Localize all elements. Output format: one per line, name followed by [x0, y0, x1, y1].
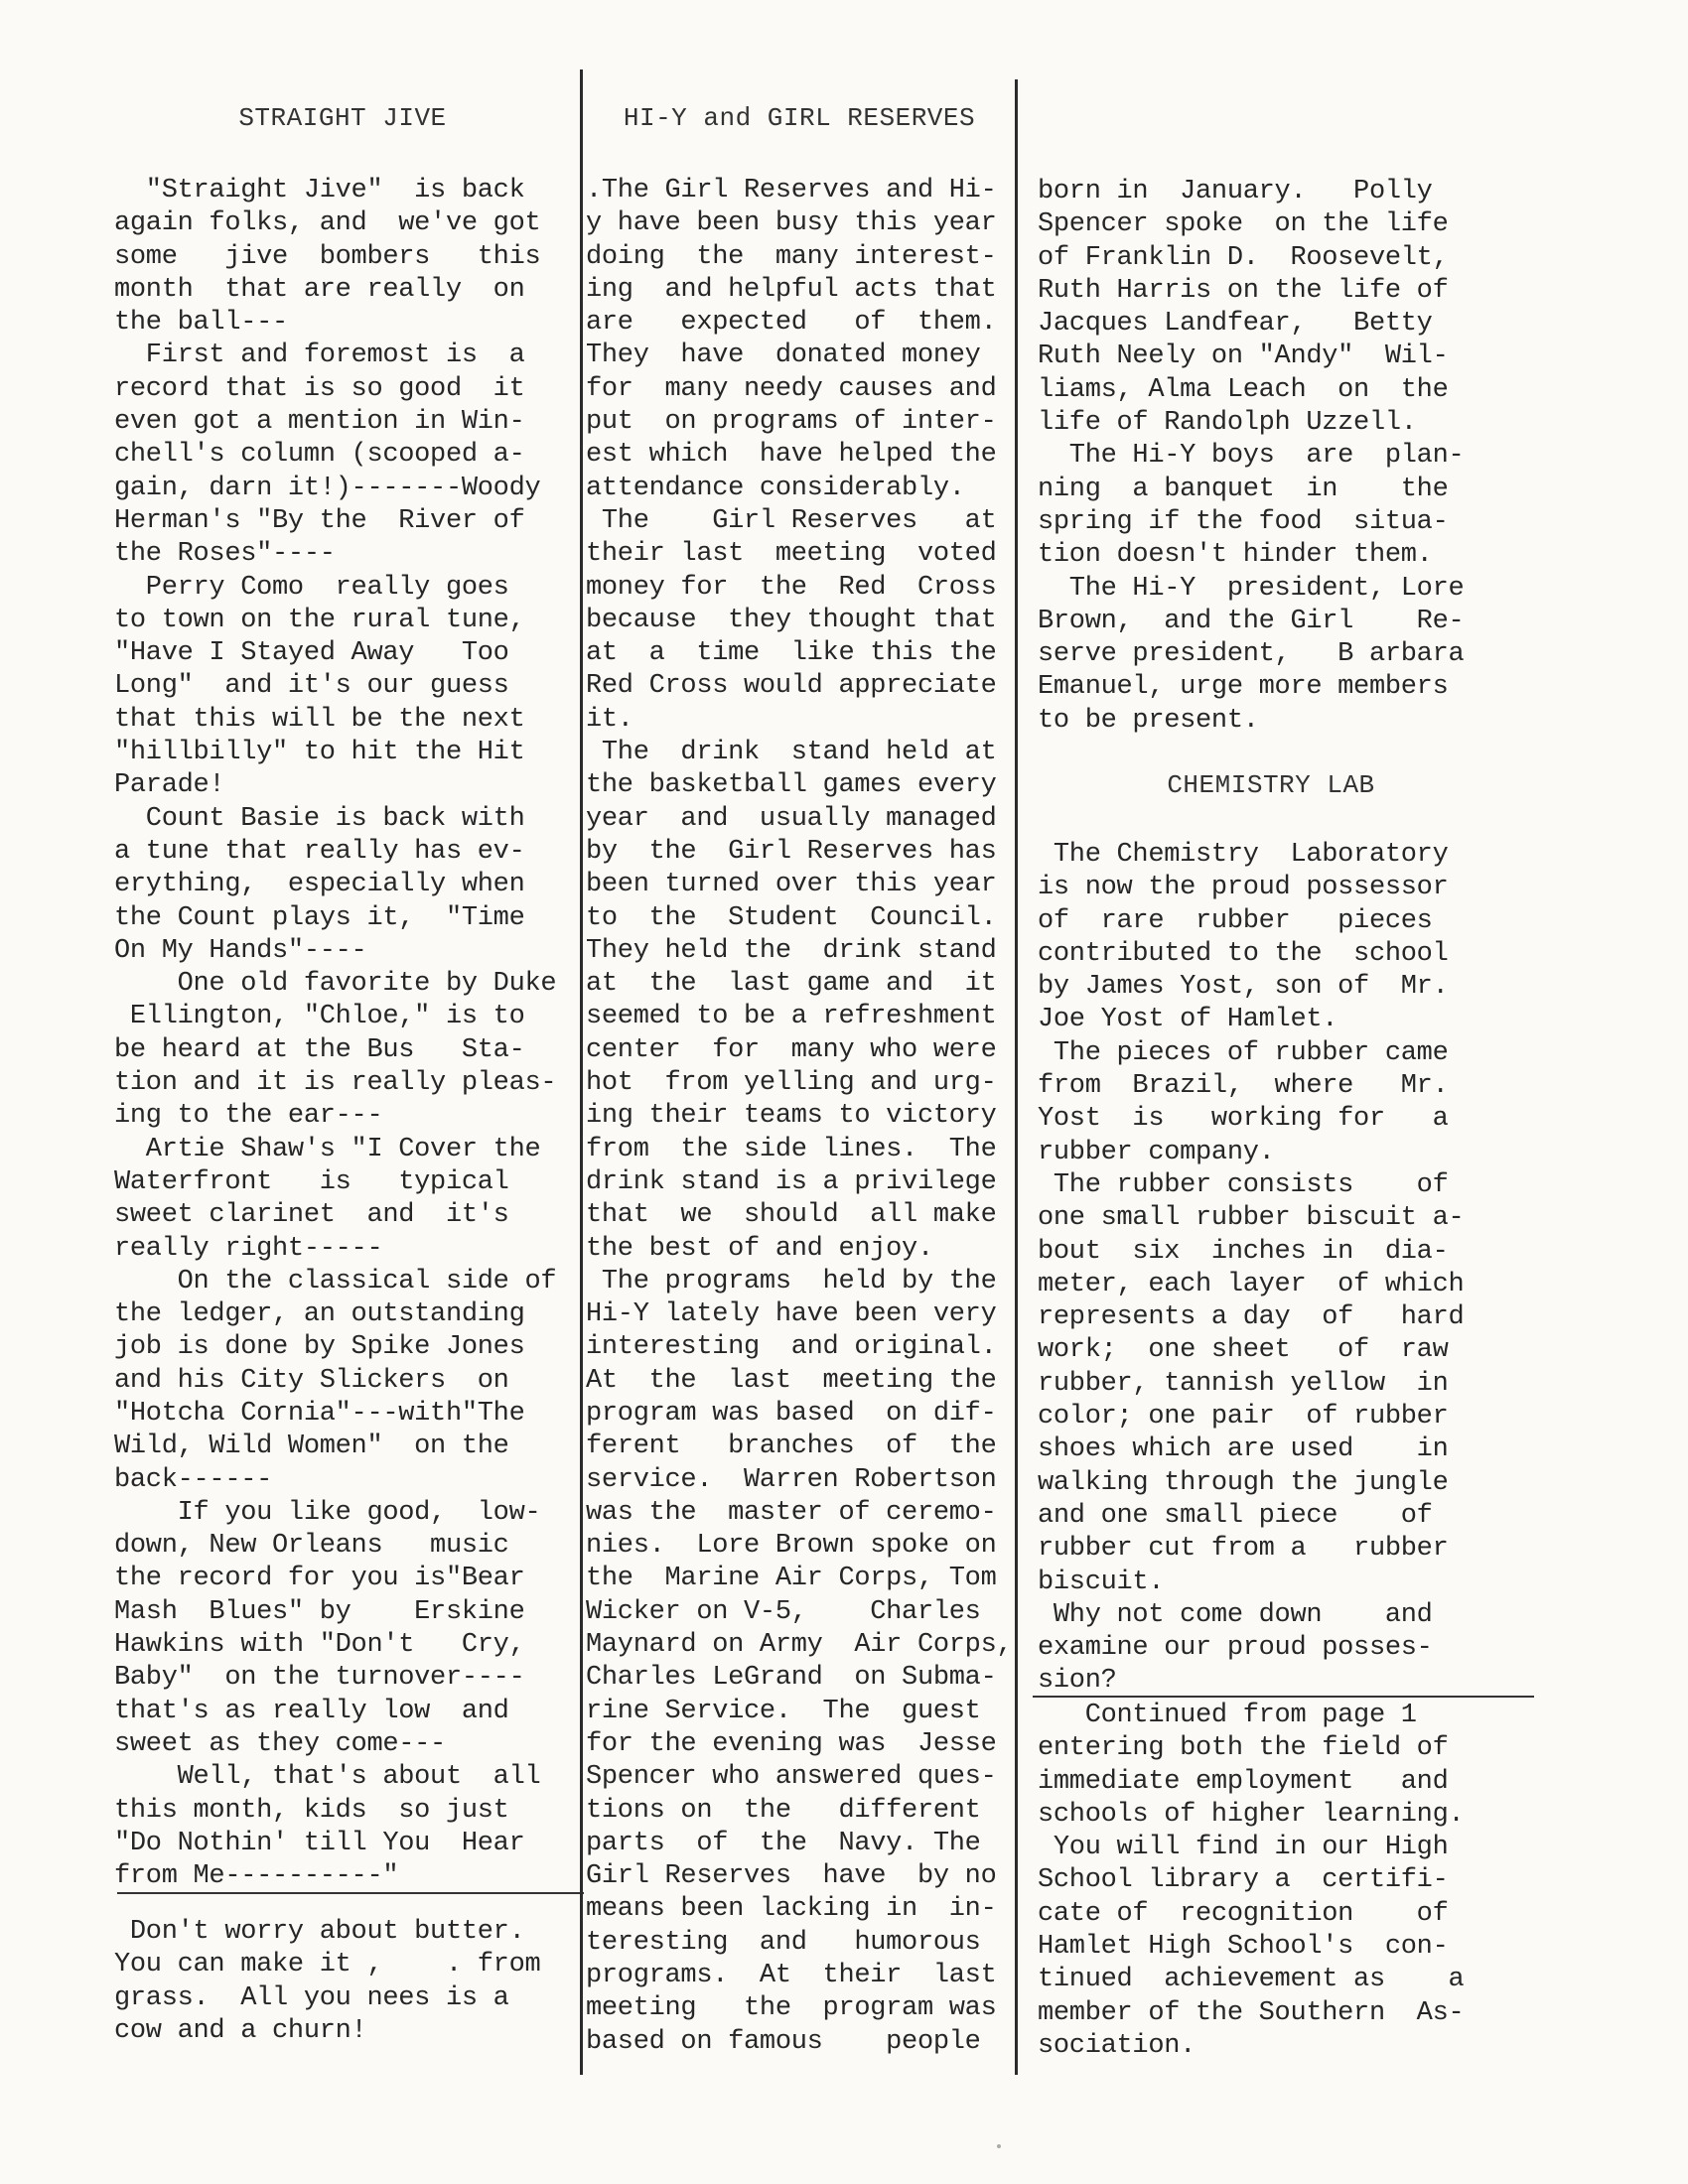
text-line: tion doesn't hinder them.: [1038, 539, 1504, 572]
text-line: biscuit.: [1038, 1567, 1504, 1599]
text-line: to town on the rural tune,: [114, 605, 571, 637]
text-line: On the classical side of: [114, 1266, 571, 1298]
article-continued-from-page-1: Continued from page 1entering both the f…: [1038, 1700, 1504, 2063]
text-line: Baby" on the turnover----: [114, 1662, 571, 1695]
text-line: program was based on dif-: [586, 1398, 1013, 1431]
text-line: Hawkins with "Don't Cry,: [114, 1629, 571, 1662]
text-line: it.: [586, 704, 1013, 737]
text-line: The Chemistry Laboratory: [1038, 839, 1504, 872]
text-line: the ball---: [114, 307, 571, 340]
text-line: walking through the jungle: [1038, 1467, 1504, 1500]
text-line: spring if the food situa-: [1038, 506, 1504, 539]
text-line: interesting and original.: [586, 1331, 1013, 1364]
text-line: chell's column (scooped a-: [114, 439, 571, 472]
text-line: service. Warren Robertson: [586, 1464, 1013, 1497]
text-line: ing and helpful acts that: [586, 274, 1013, 307]
text-line: Ellington, "Chloe," is to: [114, 1001, 571, 1033]
text-line: for many needy causes and: [586, 373, 1013, 406]
text-line: examine our proud posses-: [1038, 1632, 1504, 1665]
text-line: schools of higher learning.: [1038, 1799, 1504, 1832]
article-chemistry-lab: The Chemistry Laboratoryis now the proud…: [1038, 839, 1504, 1699]
column-divider-2: [1015, 79, 1018, 2075]
text-line: ning a banquet in the: [1038, 474, 1504, 506]
text-line: Hi-Y lately have been very: [586, 1298, 1013, 1331]
text-line: immediate employment and: [1038, 1766, 1504, 1799]
text-line: sweet as they come---: [114, 1728, 571, 1761]
text-line: that this will be the next: [114, 704, 571, 737]
text-line: at a time like this the: [586, 637, 1013, 670]
text-line: Emanuel, urge more members: [1038, 671, 1504, 704]
text-line: Why not come down and: [1038, 1599, 1504, 1632]
text-line: The rubber consists of: [1038, 1169, 1504, 1202]
text-line: some jive bombers this: [114, 241, 571, 274]
text-line: contributed to the school: [1038, 938, 1504, 971]
text-line: because they thought that: [586, 605, 1013, 637]
text-line: by James Yost, son of Mr.: [1038, 971, 1504, 1004]
text-line: tion and it is really pleas-: [114, 1067, 571, 1100]
divider-rule-butter: [117, 1892, 584, 1894]
text-line: Continued from page 1: [1038, 1700, 1504, 1732]
text-line: Jacques Landfear, Betty: [1038, 308, 1504, 341]
text-line: Ruth Neely on "Andy" Wil-: [1038, 341, 1504, 373]
text-line: bout six inches in dia-: [1038, 1236, 1504, 1269]
text-line: School library a certifi-: [1038, 1864, 1504, 1897]
text-line: to be present.: [1038, 705, 1504, 738]
article-hi-y-continued: born in January. PollySpencer spoke on t…: [1038, 176, 1504, 738]
text-line: be heard at the Bus Sta-: [114, 1034, 571, 1067]
text-line: grass. All you nees is a: [114, 1982, 571, 2015]
text-line: doing the many interest-: [586, 241, 1013, 274]
text-line: record that is so good it: [114, 373, 571, 406]
text-line: rubber cut from a rubber: [1038, 1533, 1504, 1566]
text-line: meter, each layer of which: [1038, 1269, 1504, 1301]
text-line: member of the Southern As-: [1038, 1997, 1504, 2030]
text-line: the Count plays it, "Time: [114, 902, 571, 935]
text-line: month that are really on: [114, 274, 571, 307]
text-line: Spencer who answered ques-: [586, 1761, 1013, 1794]
text-line: is now the proud possessor: [1038, 872, 1504, 904]
text-line: serve president, B arbara: [1038, 638, 1504, 671]
text-line: money for the Red Cross: [586, 572, 1013, 605]
text-line: teresting and humorous: [586, 1927, 1013, 1960]
text-line: meeting the program was: [586, 1992, 1013, 2025]
text-line: for the evening was Jesse: [586, 1728, 1013, 1761]
text-line: rubber, tannish yellow in: [1038, 1368, 1504, 1401]
text-line: At the last meeting the: [586, 1365, 1013, 1398]
text-line: "hillbilly" to hit the Hit: [114, 737, 571, 769]
text-line: been turned over this year: [586, 869, 1013, 901]
text-line: Parade!: [114, 769, 571, 802]
text-line: Joe Yost of Hamlet.: [1038, 1004, 1504, 1036]
ink-speck: [997, 2144, 1001, 2148]
text-line: year and usually managed: [586, 803, 1013, 836]
text-line: Well, that's about all: [114, 1761, 571, 1794]
text-line: down, New Orleans music: [114, 1530, 571, 1563]
text-line: from the side lines. The: [586, 1134, 1013, 1166]
text-line: hot from yelling and urg-: [586, 1067, 1013, 1100]
text-line: Red Cross would appreciate: [586, 670, 1013, 703]
text-line: The programs held by the: [586, 1266, 1013, 1298]
headline-hi-y: HI-Y and GIRL RESERVES: [586, 103, 1013, 133]
newsletter-page: STRAIGHT JIVE "Straight Jive" is backaga…: [0, 0, 1688, 2184]
text-line: and one small piece of: [1038, 1500, 1504, 1533]
text-line: Spencer spoke on the life: [1038, 208, 1504, 241]
text-line: color; one pair of rubber: [1038, 1401, 1504, 1433]
text-line: back------: [114, 1464, 571, 1497]
text-line: You will find in our High: [1038, 1832, 1504, 1864]
text-line: They held the drink stand: [586, 935, 1013, 968]
text-line: and his City Slickers on: [114, 1365, 571, 1398]
text-line: cate of recognition of: [1038, 1898, 1504, 1931]
text-line: was the master of ceremo-: [586, 1497, 1013, 1530]
text-line: You can make it , . from: [114, 1949, 571, 1981]
text-line: The pieces of rubber came: [1038, 1037, 1504, 1070]
text-line: sweet clarinet and it's: [114, 1199, 571, 1232]
text-line: a tune that really has ev-: [114, 836, 571, 869]
text-line: the Marine Air Corps, Tom: [586, 1563, 1013, 1595]
text-line: means been lacking in in-: [586, 1893, 1013, 1926]
text-line: center for many who were: [586, 1034, 1013, 1067]
text-line: cow and a churn!: [114, 2015, 571, 2048]
text-line: Wild, Wild Women" on the: [114, 1431, 571, 1463]
text-line: Hamlet High School's con-: [1038, 1931, 1504, 1964]
text-line: ing their teams to victory: [586, 1100, 1013, 1133]
text-line: sociation.: [1038, 2030, 1504, 2063]
text-line: from Me----------": [114, 1860, 571, 1893]
text-line: tinued achievement as a: [1038, 1964, 1504, 1996]
text-line: "Have I Stayed Away Too: [114, 637, 571, 670]
text-line: Don't worry about butter.: [114, 1916, 571, 1949]
text-line: The Hi-Y president, Lore: [1038, 573, 1504, 606]
text-line: ferent branches of the: [586, 1431, 1013, 1463]
text-line: the Roses"----: [114, 538, 571, 571]
text-line: Maynard on Army Air Corps,: [586, 1629, 1013, 1662]
text-line: seemed to be a refreshment: [586, 1001, 1013, 1033]
text-line: of rare rubber pieces: [1038, 905, 1504, 938]
text-line: job is done by Spike Jones: [114, 1331, 571, 1364]
text-line: Perry Como really goes: [114, 572, 571, 605]
text-line: from Brazil, where Mr.: [1038, 1070, 1504, 1103]
text-line: nies. Lore Brown spoke on: [586, 1530, 1013, 1563]
text-line: Brown, and the Girl Re-: [1038, 606, 1504, 638]
text-line: their last meeting voted: [586, 538, 1013, 571]
text-line: They have donated money: [586, 340, 1013, 372]
text-line: one small rubber biscuit a-: [1038, 1202, 1504, 1235]
text-line: Long" and it's our guess: [114, 670, 571, 703]
note-butter: Don't worry about butter.You can make it…: [114, 1916, 571, 2048]
text-line: tions on the different: [586, 1795, 1013, 1828]
text-line: y have been busy this year: [586, 207, 1013, 240]
text-line: Herman's "By the River of: [114, 505, 571, 538]
text-line: even got a mention in Win-: [114, 406, 571, 439]
text-line: to the Student Council.: [586, 902, 1013, 935]
text-line: Charles LeGrand on Subma-: [586, 1662, 1013, 1695]
text-line: the best of and enjoy.: [586, 1233, 1013, 1266]
headline-chemistry-lab: CHEMISTRY LAB: [1038, 770, 1504, 800]
text-line: are expected of them.: [586, 307, 1013, 340]
divider-rule-continued: [1033, 1696, 1534, 1698]
text-line: work; one sheet of raw: [1038, 1334, 1504, 1367]
text-line: life of Randolph Uzzell.: [1038, 407, 1504, 440]
text-line: shoes which are used in: [1038, 1433, 1504, 1466]
column-divider-1: [580, 69, 583, 2075]
text-line: Mash Blues" by Erskine: [114, 1596, 571, 1629]
text-line: programs. At their last: [586, 1960, 1013, 1992]
text-line: gain, darn it!)-------Woody: [114, 473, 571, 505]
text-line: "Straight Jive" is back: [114, 175, 571, 207]
text-line: rubber company.: [1038, 1137, 1504, 1169]
text-line: Waterfront is typical: [114, 1166, 571, 1199]
text-line: Artie Shaw's "I Cover the: [114, 1134, 571, 1166]
text-line: est which have helped the: [586, 439, 1013, 472]
text-line: "Do Nothin' till You Hear: [114, 1828, 571, 1860]
text-line: Wicker on V-5, Charles: [586, 1596, 1013, 1629]
text-line: rine Service. The guest: [586, 1696, 1013, 1728]
text-line: again folks, and we've got: [114, 207, 571, 240]
text-line: First and foremost is a: [114, 340, 571, 372]
text-line: the basketball games every: [586, 769, 1013, 802]
text-line: One old favorite by Duke: [114, 968, 571, 1001]
text-line: attendance considerably.: [586, 473, 1013, 505]
text-line: drink stand is a privilege: [586, 1166, 1013, 1199]
text-line: sion?: [1038, 1665, 1504, 1698]
text-line: entering both the field of: [1038, 1732, 1504, 1765]
text-line: Yost is working for a: [1038, 1103, 1504, 1136]
text-line: erything, especially when: [114, 869, 571, 901]
text-line: The Hi-Y boys are plan-: [1038, 440, 1504, 473]
article-hi-y: .The Girl Reserves and Hi-y have been bu…: [586, 175, 1013, 2059]
text-line: this month, kids so just: [114, 1795, 571, 1828]
text-line: ing to the ear---: [114, 1100, 571, 1133]
text-line: that's as really low and: [114, 1696, 571, 1728]
text-line: Girl Reserves have by no: [586, 1860, 1013, 1893]
article-straight-jive: "Straight Jive" is backagain folks, and …: [114, 175, 571, 1893]
text-line: based on famous people: [586, 2026, 1013, 2059]
text-line: that we should all make: [586, 1199, 1013, 1232]
text-line: .The Girl Reserves and Hi-: [586, 175, 1013, 207]
text-line: On My Hands"----: [114, 935, 571, 968]
text-line: parts of the Navy. The: [586, 1828, 1013, 1860]
text-line: The Girl Reserves at: [586, 505, 1013, 538]
text-line: of Franklin D. Roosevelt,: [1038, 242, 1504, 275]
text-line: represents a day of hard: [1038, 1301, 1504, 1334]
text-line: really right-----: [114, 1233, 571, 1266]
text-line: Count Basie is back with: [114, 803, 571, 836]
text-line: liams, Alma Leach on the: [1038, 374, 1504, 407]
text-line: The drink stand held at: [586, 737, 1013, 769]
text-line: by the Girl Reserves has: [586, 836, 1013, 869]
text-line: put on programs of inter-: [586, 406, 1013, 439]
text-line: at the last game and it: [586, 968, 1013, 1001]
text-line: Ruth Harris on the life of: [1038, 275, 1504, 308]
headline-straight-jive: STRAIGHT JIVE: [114, 103, 571, 133]
text-line: If you like good, low-: [114, 1497, 571, 1530]
text-line: born in January. Polly: [1038, 176, 1504, 208]
text-line: "Hotcha Cornia"---with"The: [114, 1398, 571, 1431]
text-line: the record for you is"Bear: [114, 1563, 571, 1595]
text-line: the ledger, an outstanding: [114, 1298, 571, 1331]
